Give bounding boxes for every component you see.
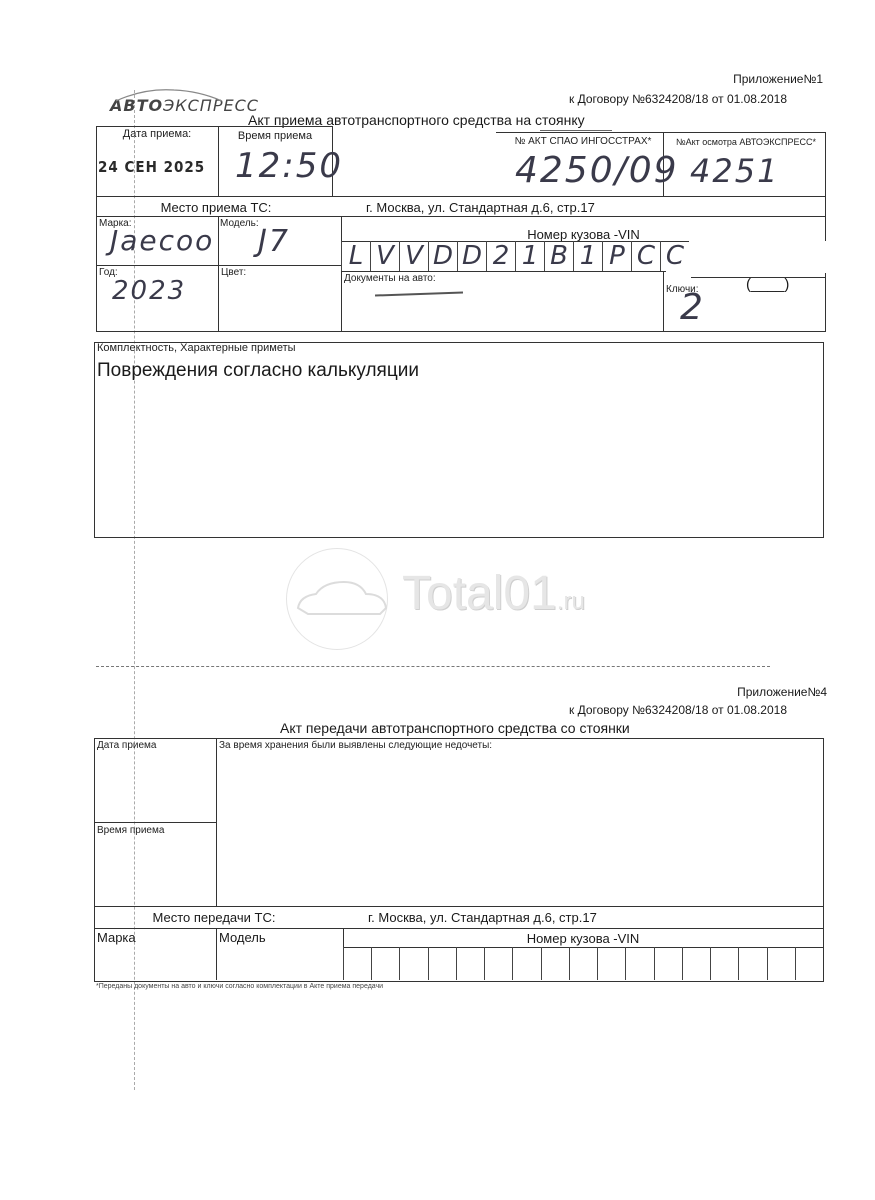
vin-empty-cell <box>371 947 399 980</box>
receipt-time-label: Время приема <box>218 130 332 142</box>
completeness-value: Повреждения согласно калькуляции <box>97 360 419 382</box>
vin-empty-cell <box>795 947 823 980</box>
vin-empty-cell <box>569 947 597 980</box>
vin-char-cell: C <box>631 241 660 271</box>
receipt-place-value: г. Москва, ул. Стандартная д.6, стр.17 <box>366 200 595 215</box>
receipt-time-value: 12:50 <box>235 146 343 186</box>
handover-place-value: г. Москва, ул. Стандартная д.6, стр.17 <box>368 910 597 925</box>
keys-value: 2 <box>680 287 705 328</box>
annex-1-label: Приложение№1 <box>523 72 823 86</box>
vin-empty-cell <box>597 947 625 980</box>
receipt-date-value: 24 СЕН 2025 <box>98 158 205 176</box>
defects-label: За время хранения были выявлены следующи… <box>219 740 492 751</box>
vin-empty-cell <box>399 947 427 980</box>
vin-empty-cell <box>767 947 795 980</box>
annex-1-contract: к Договору №6324208/18 от 01.08.2018 <box>467 92 787 106</box>
vin-empty-cell <box>682 947 710 980</box>
vin-cells: LVVDD21B1PCC <box>341 241 689 271</box>
keys-extra: (____) <box>746 276 789 293</box>
vin-empty-cell <box>654 947 682 980</box>
handover-brand-label: Марка <box>97 930 136 945</box>
watermark-main: Total01 <box>402 567 557 620</box>
year-value: 2023 <box>112 276 186 306</box>
vin-char-cell: 1 <box>515 241 544 271</box>
car-silhouette-icon <box>114 88 224 102</box>
avtoexpress-act-value: 4251 <box>690 152 779 190</box>
documents-label: Документы на авто: <box>344 273 436 284</box>
vin-empty-cell <box>738 947 766 980</box>
receipt-date-label: Дата приема: <box>96 128 218 140</box>
vin-empty-cell <box>456 947 484 980</box>
vin-empty-cell <box>484 947 512 980</box>
vin-char-cell: C <box>660 241 689 271</box>
vin-char-cell: P <box>602 241 631 271</box>
cut-line <box>96 666 770 667</box>
annex-4-contract: к Договору №6324208/18 от 01.08.2018 <box>467 703 787 717</box>
brand-value: Jaecoo <box>110 224 214 257</box>
vin-empty-cell <box>343 947 371 980</box>
vin-empty-cell <box>625 947 653 980</box>
vin-empty-cell <box>428 947 456 980</box>
title-underline <box>540 130 612 131</box>
vin-char-cell: V <box>370 241 399 271</box>
footnote: *Переданы документы на авто и ключи согл… <box>96 983 383 990</box>
vin-char-cell: B <box>544 241 573 271</box>
vin-empty-cell <box>541 947 569 980</box>
watermark-suffix: .ru <box>557 588 585 615</box>
act-4-title: Акт передачи автотранспортного средства … <box>280 720 630 736</box>
vin-empty-cell <box>512 947 540 980</box>
handover-model-label: Модель <box>219 930 266 945</box>
model-value: J7 <box>258 224 290 259</box>
watermark-text: Total01.ru <box>402 566 585 621</box>
model-label: Модель: <box>220 218 259 229</box>
annex-4-label: Приложение№4 <box>527 685 827 699</box>
receipt-place-label: Место приема ТС: <box>96 200 336 215</box>
avtoexpress-logo: АВТОЭКСПРЕСС <box>110 96 259 116</box>
handover-place-label: Место передачи ТС: <box>94 910 334 925</box>
handover-vin-cells <box>343 947 823 980</box>
vin-char-cell: L <box>341 241 370 271</box>
documents-dash <box>375 291 463 296</box>
handover-time-label: Время приема <box>97 825 164 836</box>
vin-char-cell: 1 <box>573 241 602 271</box>
vin-char-cell: D <box>457 241 486 271</box>
completeness-label: Комплектность, Характерные приметы <box>97 342 296 354</box>
vin-redacted-area <box>689 241 829 273</box>
vin-label: Номер кузова -VIN <box>341 227 826 242</box>
color-label: Цвет: <box>221 267 246 278</box>
vin-char-cell: V <box>399 241 428 271</box>
vin-char-cell: 2 <box>486 241 515 271</box>
watermark-car-icon <box>294 578 394 623</box>
avtoexpress-act-label: №Акт осмотра АВТОЭКСПРЕСС* <box>666 137 826 147</box>
ingosstrakh-act-value: 4250/09 <box>515 150 679 191</box>
handover-date-label: Дата приема <box>97 740 156 751</box>
vin-char-cell: D <box>428 241 457 271</box>
vin-empty-cell <box>710 947 738 980</box>
ingosstrakh-act-label: № АКТ СПАО ИНГОССТРАХ* <box>508 136 658 147</box>
handover-vin-label: Номер кузова -VIN <box>343 931 823 946</box>
